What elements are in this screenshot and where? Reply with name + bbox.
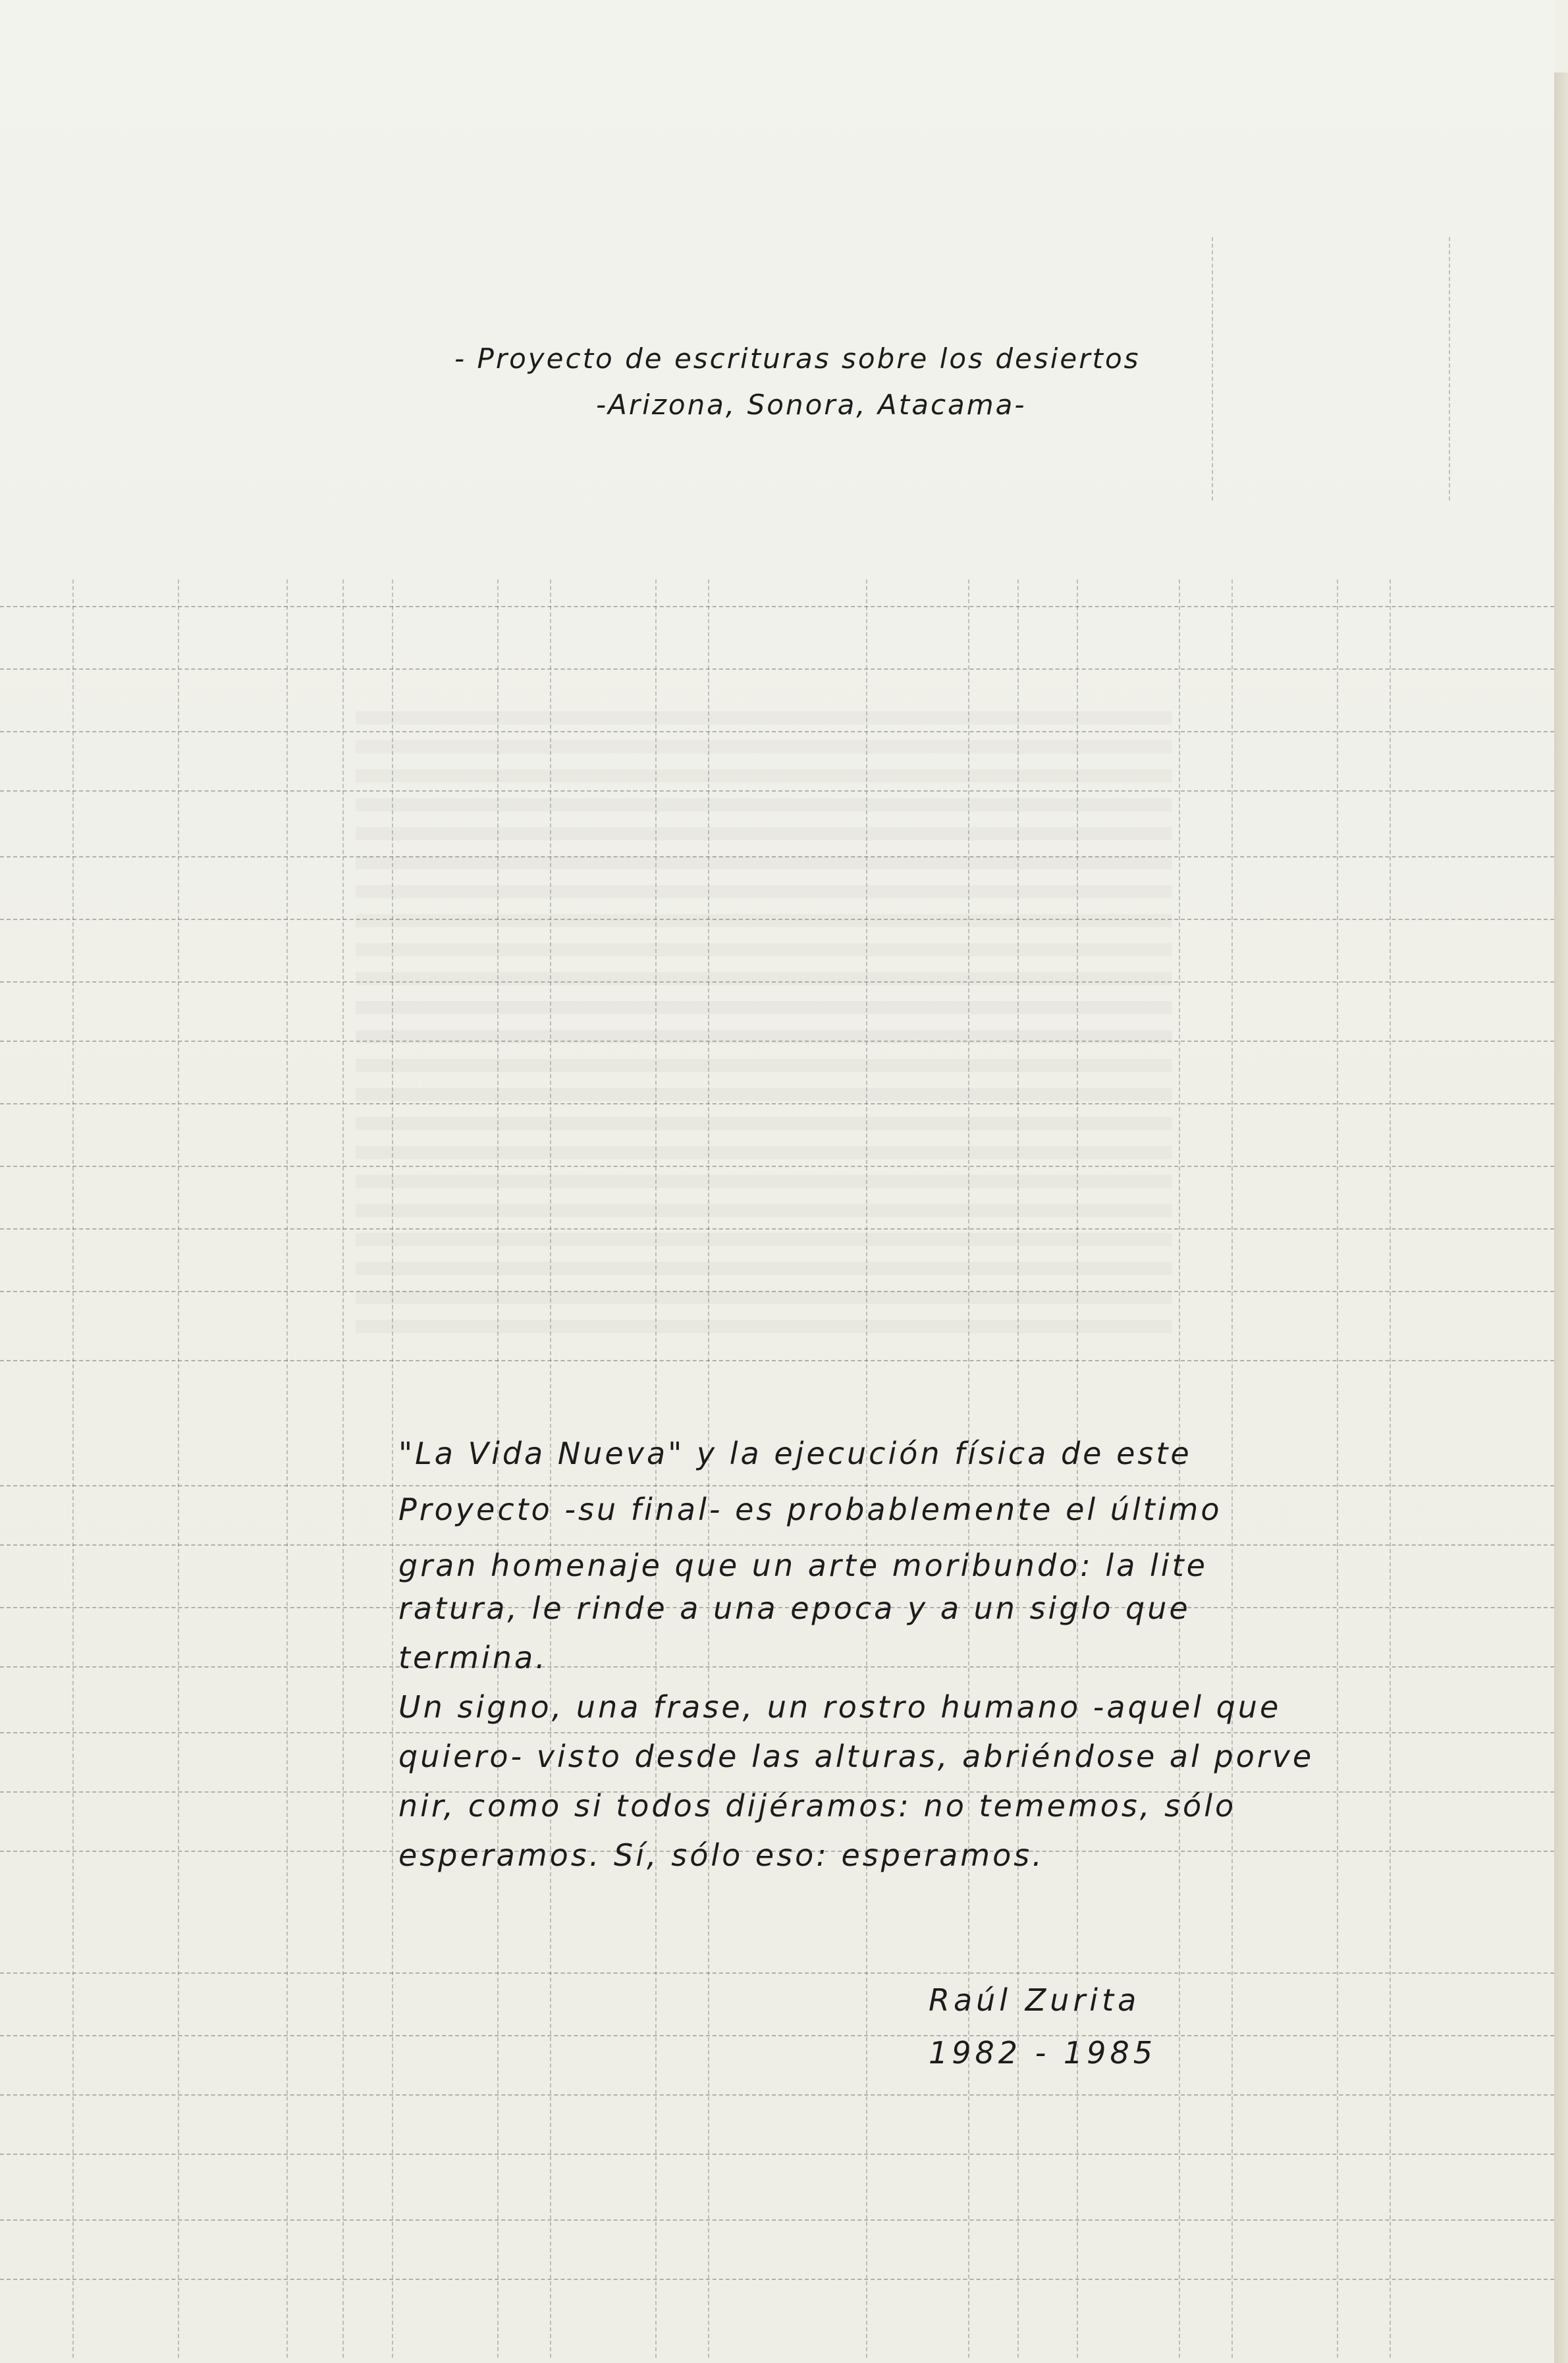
- body-line: "La Vida Nueva" y la ejecución física de…: [398, 1436, 1192, 1471]
- title-line-1: - Proyecto de escrituras sobre los desie…: [454, 342, 1141, 375]
- body-line: nir, como si todos dijéramos: no tememos…: [398, 1788, 1236, 1824]
- bleed-through-text: [356, 711, 1172, 1337]
- body-line: quiero- visto desde las alturas, abriénd…: [398, 1739, 1314, 1774]
- document-page: - Proyecto de escrituras sobre los desie…: [0, 0, 1554, 2363]
- signature: Raúl Zurita: [929, 1982, 1140, 2018]
- body-line: esperamos. Sí, sólo eso: esperamos.: [398, 1837, 1044, 1873]
- signature-dates: 1982 - 1985: [929, 2035, 1156, 2071]
- title-line-2: -Arizona, Sonora, Atacama-: [596, 389, 1027, 421]
- paper-edge: [1554, 72, 1568, 2363]
- body-line: Proyecto -su final- es probablemente el …: [398, 1492, 1222, 1527]
- body-line: Un signo, una frase, un rostro humano -a…: [398, 1689, 1281, 1725]
- body-line: gran homenaje que un arte moribundo: la …: [398, 1548, 1208, 1583]
- body-line: termina.: [398, 1640, 548, 1675]
- body-line: ratura, le rinde a una epoca y a un sigl…: [398, 1590, 1191, 1626]
